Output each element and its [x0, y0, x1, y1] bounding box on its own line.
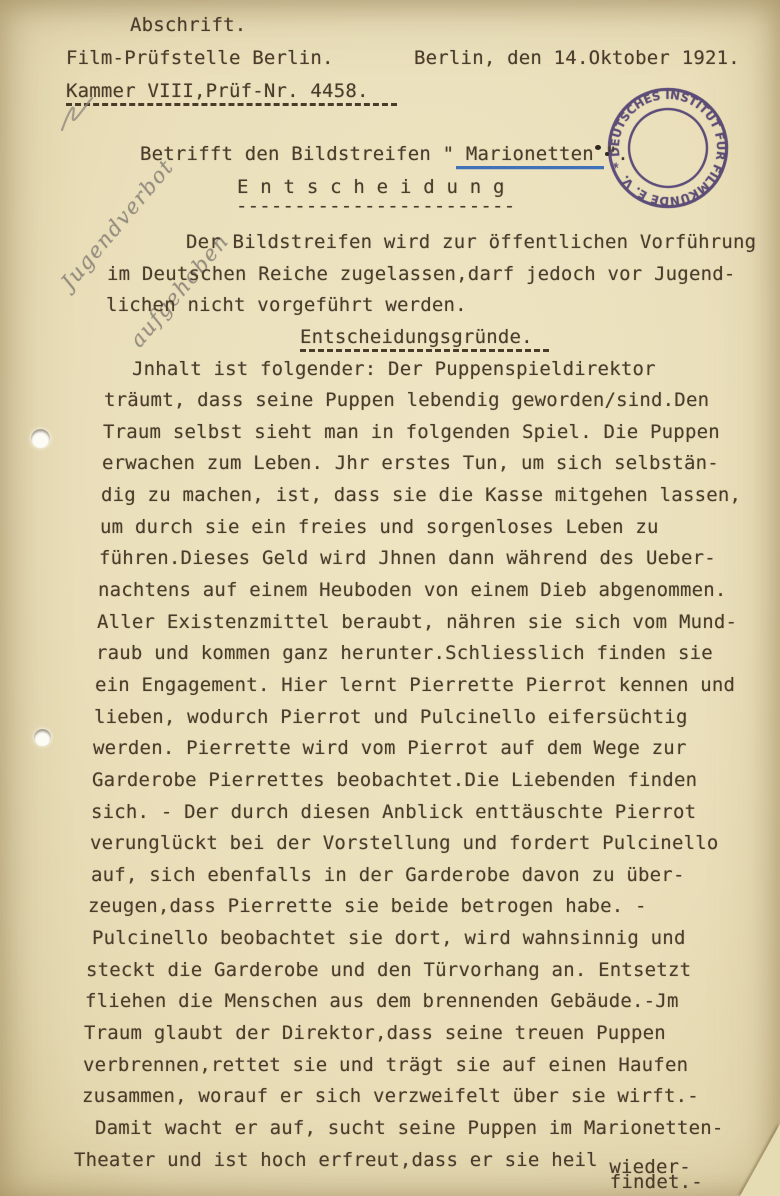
film-title: Marionetten [456, 143, 604, 169]
body-line: Traum glaubt der Direktor,dass seine tre… [84, 1018, 780, 1050]
reasons-heading: Entscheidungsgründe. [300, 322, 780, 354]
body-line: verbrennen,rettet sie und trägt sie auf … [83, 1050, 780, 1082]
subject-prefix: Betrifft den Bildstreifen " [140, 143, 466, 165]
body-line: im Deutschen Reiche zugelassen,darf jedo… [107, 259, 780, 291]
body-line: Aller Existenzmittel beraubt, nähren sie… [97, 607, 780, 639]
body-line: ein Engagement. Hier lernt Pierrette Pie… [95, 670, 780, 702]
body-lines: Der Bildstreifen wird zur öffentlichen V… [0, 227, 780, 1176]
pencil-mark [58, 92, 100, 136]
body-line: steckt die Garderobe und den Türvorhang … [86, 955, 780, 987]
ink-speck [605, 152, 609, 156]
body-line: um durch sie ein freies und sorgenloses … [100, 512, 780, 544]
subject-line: Betrifft den Bildstreifen " Marionetten … [140, 143, 629, 165]
body-line: Der Bildstreifen wird zur öffentlichen V… [186, 227, 780, 259]
body-line: Jnhalt ist folgender: Der Puppenspieldir… [132, 354, 780, 386]
body-line: Traum selbst sieht man in folgenden Spie… [103, 417, 780, 449]
case-reference-text: Kammer VIII,Prüf-Nr. 4458. [66, 80, 397, 106]
body-line: raub und kommen ganz herunter.Schliessli… [96, 638, 780, 670]
body-line: dig zu machen, ist, dass sie die Kasse m… [101, 480, 780, 512]
body-line: nachtens auf einem Heuboden von einem Di… [98, 575, 780, 607]
copy-label: Abschrift. [130, 14, 246, 36]
body-line: auf, sich ebenfalls in der Garderobe dav… [91, 860, 780, 892]
document-page: Abschrift. Film-Prüfstelle Berlin. Berli… [0, 0, 780, 1196]
punch-hole [34, 729, 51, 746]
body-line: führen.Dieses Geld wird Jhnen dann währe… [99, 543, 780, 575]
corner-fold [740, 1124, 780, 1196]
wrapped-word: wieder-findet.- [598, 1160, 703, 1190]
body-line: Pulcinello beobachtet sie dort, wird wah… [92, 923, 780, 955]
body-line: werden. Pierrette wird vom Pierrot auf d… [93, 733, 780, 765]
body-line: zusammen, worauf er sich verzweifelt übe… [82, 1081, 780, 1113]
body-line: verunglückt bei der Vorstellung und ford… [90, 828, 780, 860]
body-line: lieben, wodurch Pierrot und Pulcinello e… [94, 702, 780, 734]
decision-heading-underline: ------------------------ [236, 195, 515, 217]
body-line: Garderobe Pierrettes beobachtet.Die Lieb… [92, 765, 780, 797]
body-line: erwachen zum Leben. Jhr erstes Tun, um s… [102, 448, 780, 480]
body-line: zeugen,dass Pierrette sie beide betrogen… [88, 891, 780, 923]
case-reference: Kammer VIII,Prüf-Nr. 4458. [66, 80, 397, 102]
body-line: sich. - Der durch diesen Anblick enttäus… [91, 797, 780, 829]
punch-hole [31, 429, 50, 448]
body-line: träumt, dass seine Puppen lebendig gewor… [104, 385, 780, 417]
body-line: Theater und ist hoch erfreut,dass er sie… [74, 1145, 780, 1177]
body-line: Damit wacht er auf, sucht seine Puppen i… [95, 1113, 780, 1145]
body-line: lichen nicht vorgeführt werden. [106, 290, 780, 322]
place-date: Berlin, den 14.Oktober 1921. [414, 47, 740, 69]
ink-speck [595, 145, 601, 150]
body-line: fliehen die Menschen aus dem brennenden … [85, 986, 780, 1018]
issuing-office: Film-Prüfstelle Berlin. [66, 47, 334, 69]
